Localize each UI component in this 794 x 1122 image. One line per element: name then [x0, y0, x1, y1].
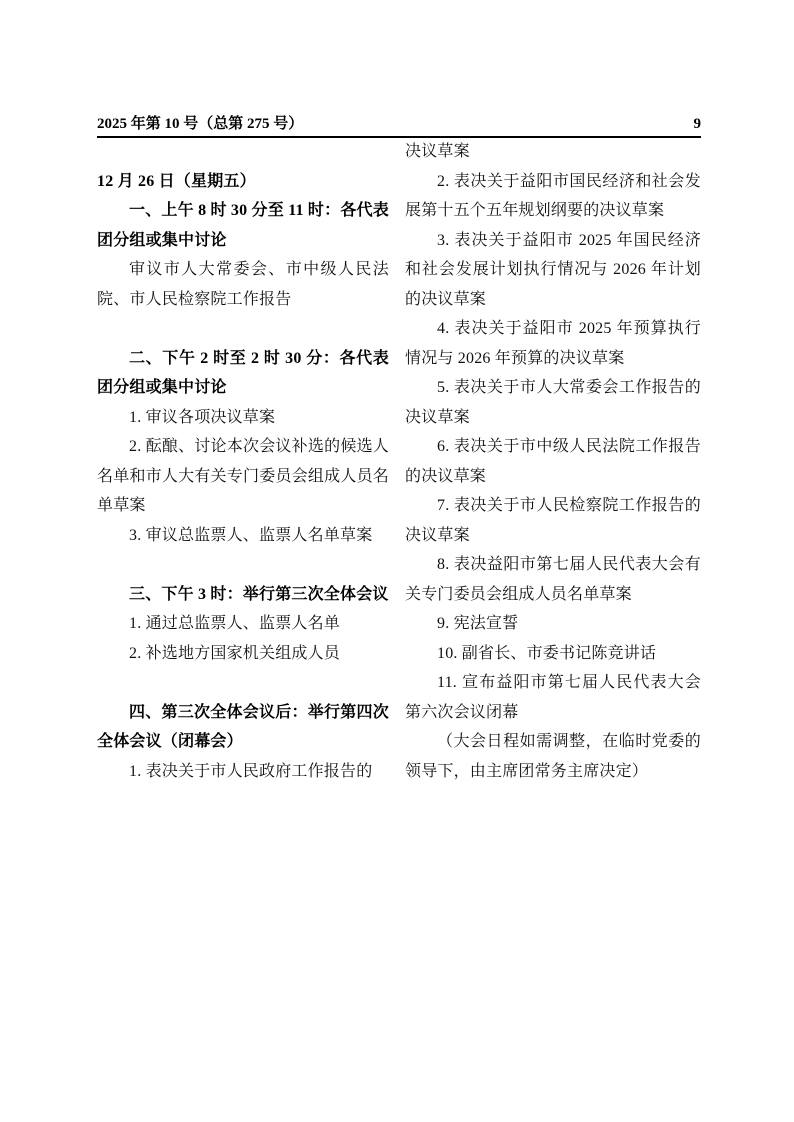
agenda-paragraph: 2. 补选地方国家机关组成人员 — [97, 639, 389, 669]
issue-number-label: 2025 年第 10 号（总第 275 号） — [97, 112, 303, 133]
document-body: 12 月 26 日（星期五）一、上午 8 时 30 分至 11 时：各代表团分组… — [97, 137, 701, 786]
agenda-paragraph: 2. 表决关于益阳市国民经济和社会发展第十五个五年规划纲要的决议草案 — [405, 167, 701, 226]
right-column: 决议草案2. 表决关于益阳市国民经济和社会发展第十五个五年规划纲要的决议草案3.… — [405, 137, 701, 786]
agenda-paragraph: 1. 审议各项决议草案 — [97, 403, 389, 433]
agenda-paragraph: 11. 宣布益阳市第七届人民代表大会第六次会议闭幕 — [405, 668, 701, 727]
agenda-paragraph: 3. 表决关于益阳市 2025 年国民经济和社会发展计划执行情况与 2026 年… — [405, 226, 701, 315]
page-number: 9 — [694, 116, 702, 133]
agenda-heading: 12 月 26 日（星期五） — [97, 167, 389, 197]
left-column: 12 月 26 日（星期五）一、上午 8 时 30 分至 11 时：各代表团分组… — [97, 137, 389, 786]
agenda-heading: 四、第三次全体会议后：举行第四次全体会议（闭幕会） — [97, 698, 389, 757]
agenda-heading: 二、下午 2 时至 2 时 30 分：各代表团分组或集中讨论 — [97, 344, 389, 403]
agenda-heading: 三、下午 3 时：举行第三次全体会议 — [97, 580, 389, 610]
agenda-paragraph: 决议草案 — [405, 137, 701, 167]
agenda-paragraph: 1. 表决关于市人民政府工作报告的 — [97, 757, 389, 787]
agenda-paragraph: 2. 酝酿、讨论本次会议补选的候选人名单和市人大有关专门委员会组成人员名单草案 — [97, 432, 389, 521]
page-header: 2025 年第 10 号（总第 275 号） 9 — [97, 112, 701, 138]
agenda-heading: 一、上午 8 时 30 分至 11 时：各代表团分组或集中讨论 — [97, 196, 389, 255]
document-page: 2025 年第 10 号（总第 275 号） 9 12 月 26 日（星期五）一… — [0, 0, 794, 1122]
agenda-paragraph: 9. 宪法宣誓 — [405, 609, 701, 639]
agenda-paragraph: 5. 表决关于市人大常委会工作报告的决议草案 — [405, 373, 701, 432]
agenda-paragraph: 审议市人大常委会、市中级人民法院、市人民检察院工作报告 — [97, 255, 389, 314]
agenda-paragraph: 6. 表决关于市中级人民法院工作报告的决议草案 — [405, 432, 701, 491]
agenda-paragraph: （大会日程如需调整，在临时党委的领导下，由主席团常务主席决定） — [405, 727, 701, 786]
agenda-paragraph: 4. 表决关于益阳市 2025 年预算执行情况与 2026 年预算的决议草案 — [405, 314, 701, 373]
agenda-paragraph: 1. 通过总监票人、监票人名单 — [97, 609, 389, 639]
agenda-paragraph: 7. 表决关于市人民检察院工作报告的决议草案 — [405, 491, 701, 550]
agenda-paragraph: 8. 表决益阳市第七届人民代表大会有关专门委员会组成人员名单草案 — [405, 550, 701, 609]
agenda-paragraph: 10. 副省长、市委书记陈竞讲话 — [405, 639, 701, 669]
agenda-paragraph: 3. 审议总监票人、监票人名单草案 — [97, 521, 389, 551]
